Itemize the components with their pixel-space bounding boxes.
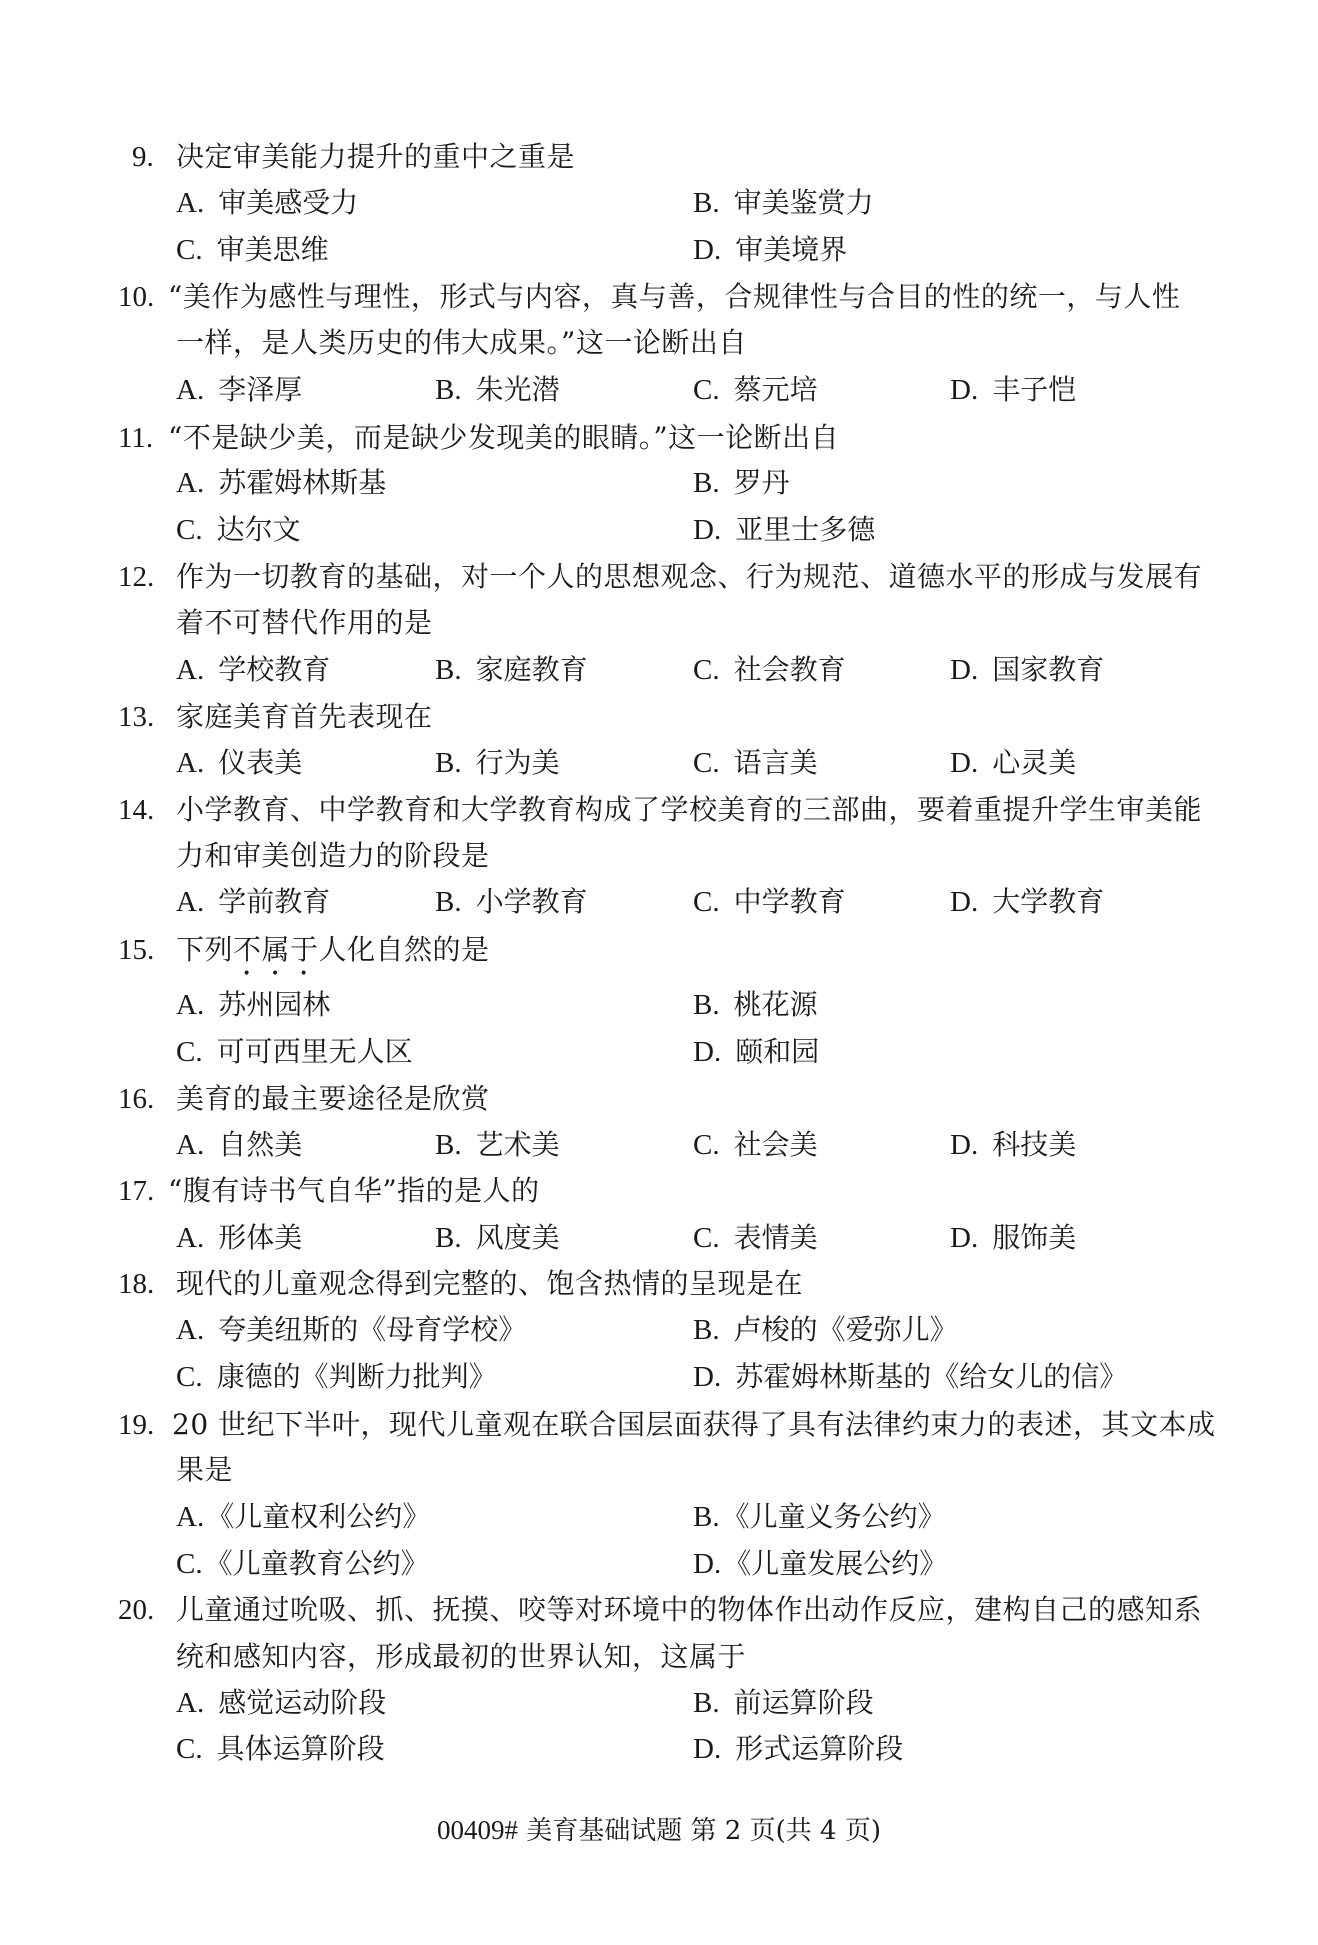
question-stem: “不是缺少美，而是缺少发现美的眼睛。”这一论断出自 bbox=[168, 421, 839, 455]
option-b: B.前运算阶段 bbox=[693, 1686, 874, 1720]
exam-code: 00409# bbox=[437, 1815, 518, 1845]
option-d: D.大学教育 bbox=[950, 885, 1104, 919]
option-a: A.感觉运动阶段 bbox=[176, 1686, 386, 1720]
question-number: 16. bbox=[118, 1082, 154, 1116]
question-stem: “美作为感性与理性，形式与内容，真与善，合规律性与合目的性的统一，与人性 bbox=[168, 280, 1180, 314]
option-c: C.达尔文 bbox=[176, 513, 301, 547]
option-c: C.语言美 bbox=[693, 746, 818, 780]
option-a: A.苏州园林 bbox=[176, 988, 330, 1022]
option-a: A.审美感受力 bbox=[176, 186, 358, 220]
option-d: D.形式运算阶段 bbox=[693, 1732, 903, 1766]
question-stem: 现代的儿童观念得到完整的、饱含热情的呈现是在 bbox=[176, 1267, 803, 1301]
option-a: A.《儿童权利公约》 bbox=[176, 1500, 430, 1534]
question-stem: “腹有诗书气自华”指的是人的 bbox=[168, 1174, 540, 1208]
option-b: B.家庭教育 bbox=[435, 653, 588, 687]
option-b: B.小学教育 bbox=[435, 885, 588, 919]
option-b: B.卢梭的《爱弥儿》 bbox=[693, 1313, 958, 1347]
exam-title: 美育基础试题 bbox=[526, 1816, 682, 1846]
option-d: D.国家教育 bbox=[950, 653, 1104, 687]
question-stem-cont: 力和审美创造力的阶段是 bbox=[176, 839, 490, 873]
option-d: D.丰子恺 bbox=[950, 373, 1076, 407]
option-a: A.学校教育 bbox=[176, 653, 330, 687]
question-number: 20. bbox=[118, 1593, 154, 1627]
option-c: C.蔡元培 bbox=[693, 373, 818, 407]
option-c: C.康德的《判断力批判》 bbox=[176, 1360, 497, 1394]
question-stem: 作为一切教育的基础，对一个人的思想观念、行为规范、道德水平的形成与发展有 bbox=[176, 560, 1202, 594]
question-stem: 20 世纪下半叶，现代儿童观在联合国层面获得了具有法律约束力的表述，其文本成 bbox=[172, 1408, 1216, 1442]
question-number: 18. bbox=[118, 1267, 154, 1301]
option-a: A.形体美 bbox=[176, 1221, 302, 1255]
page-footer: 00409# 美育基础试题 第 2 页(共 4 页) bbox=[0, 1814, 1318, 1847]
option-b: B.艺术美 bbox=[435, 1128, 560, 1162]
question-number: 9. bbox=[132, 140, 154, 174]
option-c: C.具体运算阶段 bbox=[176, 1732, 385, 1766]
question-number: 19. bbox=[118, 1408, 154, 1442]
question-stem: 下列不属于人化自然的是 bbox=[176, 933, 490, 982]
option-c: C.可可西里无人区 bbox=[176, 1035, 413, 1069]
option-a: A.夸美纽斯的《母育学校》 bbox=[176, 1313, 526, 1347]
emphasized-text: 不属于 bbox=[233, 933, 319, 966]
option-c: C.中学教育 bbox=[693, 885, 846, 919]
option-d: D.颐和园 bbox=[693, 1035, 819, 1069]
option-b: B.审美鉴赏力 bbox=[693, 186, 874, 220]
option-d: D.亚里士多德 bbox=[693, 513, 875, 547]
question-stem: 儿童通过吮吸、抓、抚摸、咬等对环境中的物体作出动作反应，建构自己的感知系 bbox=[176, 1593, 1202, 1627]
question-stem: 小学教育、中学教育和大学教育构成了学校美育的三部曲，要着重提升学生审美能 bbox=[176, 793, 1202, 827]
question-number: 13. bbox=[118, 700, 154, 734]
option-c: C.社会教育 bbox=[693, 653, 846, 687]
question-number: 11. bbox=[118, 421, 153, 455]
option-b: B.行为美 bbox=[435, 746, 560, 780]
question-stem: 决定审美能力提升的重中之重是 bbox=[176, 140, 575, 174]
question-number: 14. bbox=[118, 793, 154, 827]
option-c: C.审美思维 bbox=[176, 233, 329, 267]
question-stem-cont: 统和感知内容，形成最初的世界认知，这属于 bbox=[176, 1640, 746, 1674]
option-b: B.《儿童义务公约》 bbox=[693, 1500, 946, 1534]
option-d: D.苏霍姆林斯基的《给女儿的信》 bbox=[693, 1360, 1127, 1394]
option-a: A.李泽厚 bbox=[176, 373, 302, 407]
option-c: C.《儿童教育公约》 bbox=[176, 1547, 429, 1581]
question-number: 10. bbox=[118, 280, 154, 314]
option-b: B.朱光潜 bbox=[435, 373, 560, 407]
option-c: C.表情美 bbox=[693, 1221, 818, 1255]
option-d: D.科技美 bbox=[950, 1128, 1076, 1162]
option-d: D.服饰美 bbox=[950, 1221, 1076, 1255]
question-stem: 美育的最主要途径是欣赏 bbox=[176, 1082, 490, 1116]
option-b: B.罗丹 bbox=[693, 466, 790, 500]
option-c: C.社会美 bbox=[693, 1128, 818, 1162]
question-stem-cont: 着不可替代作用的是 bbox=[176, 606, 433, 640]
option-a: A.自然美 bbox=[176, 1128, 302, 1162]
question-number: 15. bbox=[118, 933, 154, 967]
option-a: A.仪表美 bbox=[176, 746, 302, 780]
option-d: D.审美境界 bbox=[693, 233, 847, 267]
page-number: 第 2 页(共 4 页) bbox=[691, 1816, 881, 1846]
option-b: B.风度美 bbox=[435, 1221, 560, 1255]
option-d: D.《儿童发展公约》 bbox=[693, 1547, 947, 1581]
question-number: 17. bbox=[118, 1174, 154, 1208]
question-stem-cont: 果是 bbox=[176, 1453, 233, 1487]
question-number: 12. bbox=[118, 560, 154, 594]
option-b: B.桃花源 bbox=[693, 988, 818, 1022]
option-d: D.心灵美 bbox=[950, 746, 1076, 780]
option-a: A.学前教育 bbox=[176, 885, 330, 919]
option-a: A.苏霍姆林斯基 bbox=[176, 466, 386, 500]
question-stem-cont: 一样，是人类历史的伟大成果。”这一论断出自 bbox=[176, 326, 747, 360]
question-stem: 家庭美育首先表现在 bbox=[176, 700, 433, 734]
